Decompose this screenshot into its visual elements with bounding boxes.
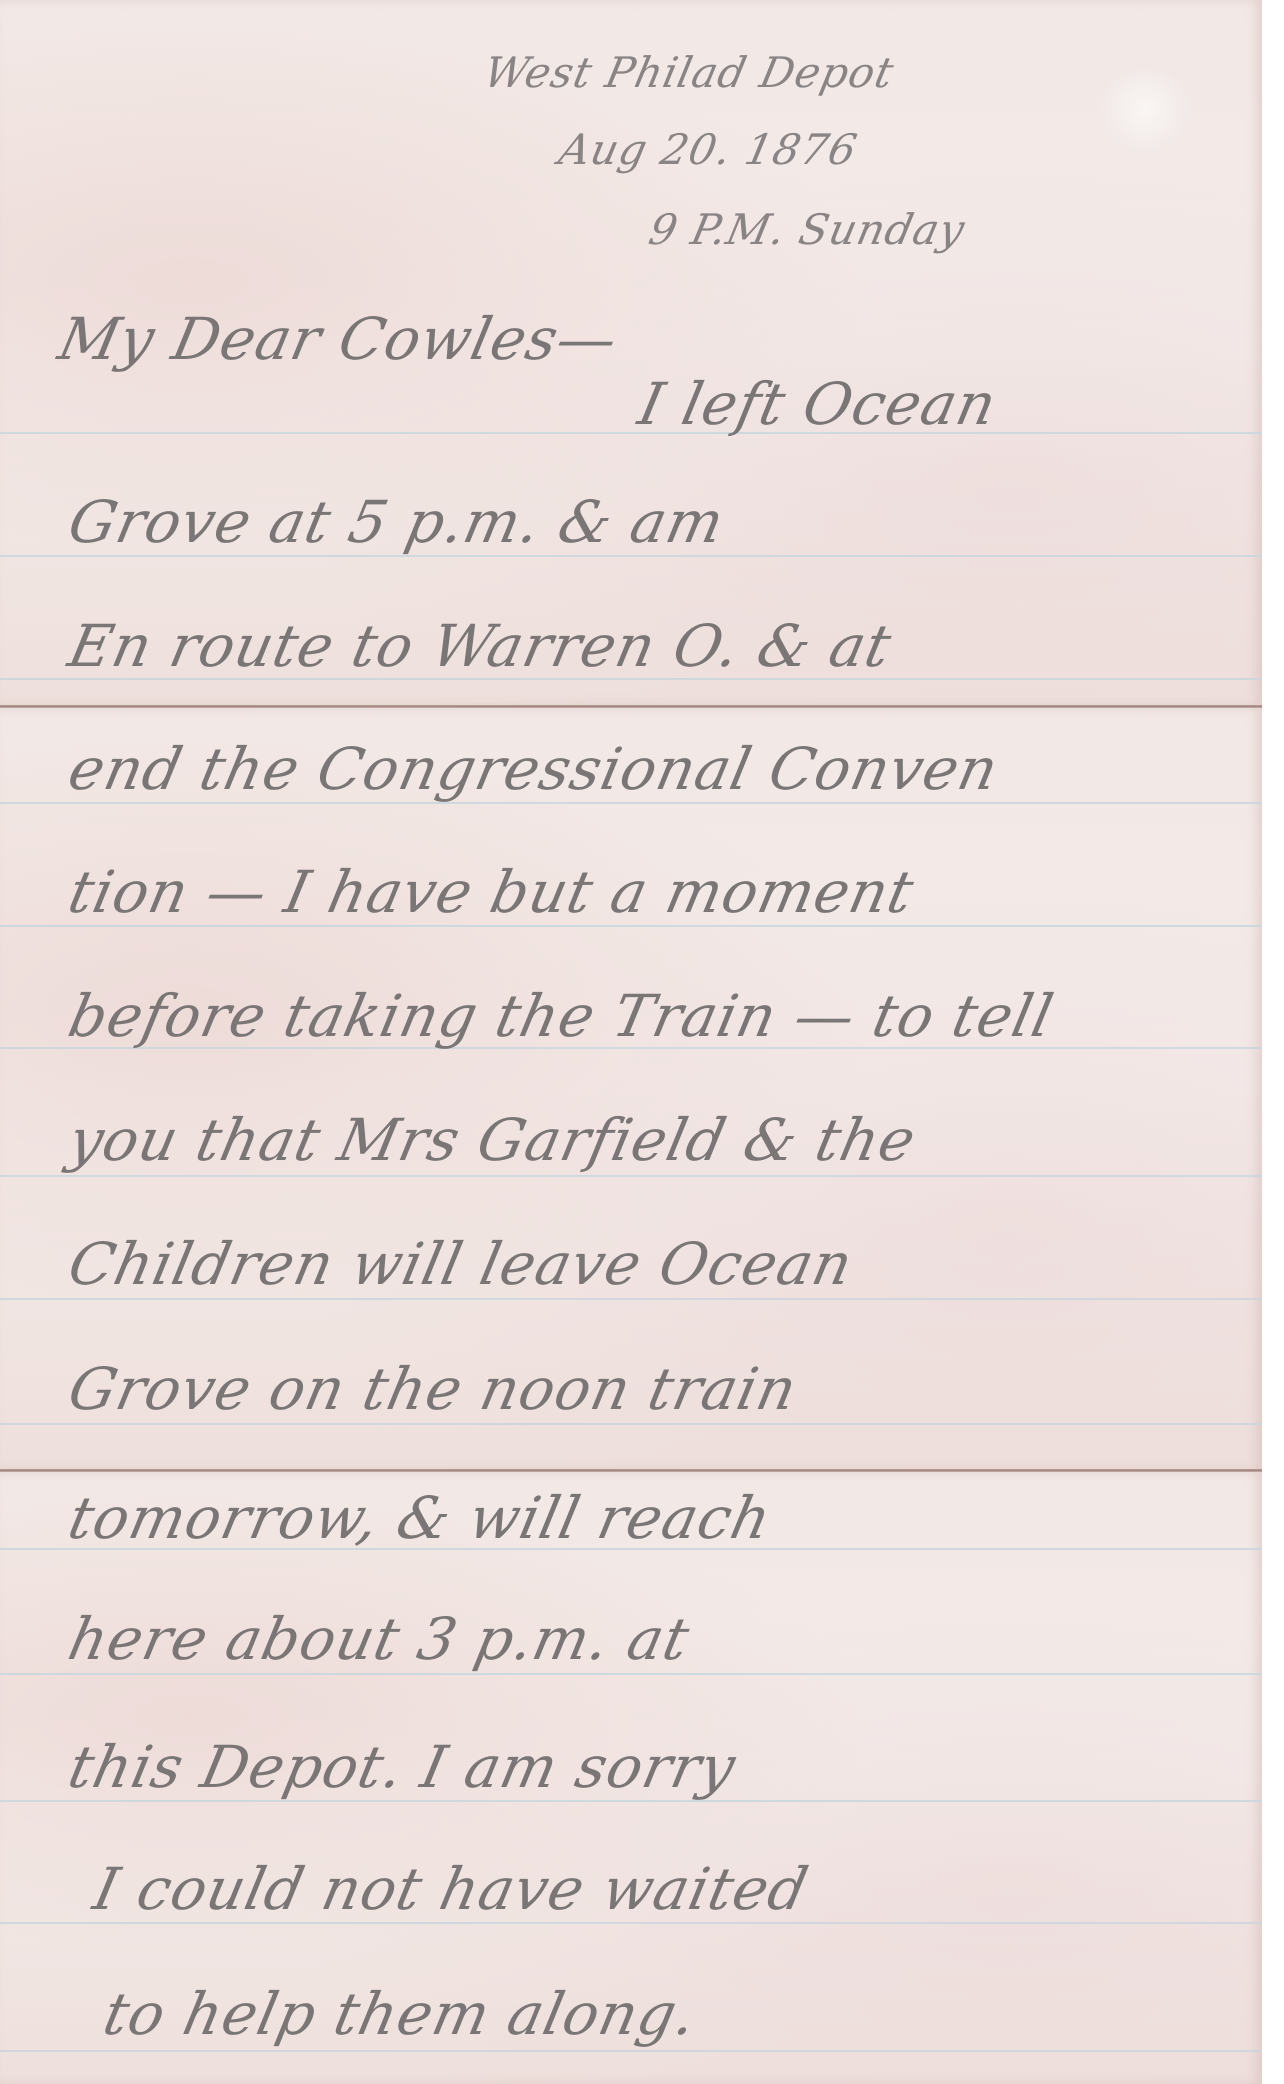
rule-line — [0, 1673, 1262, 1675]
heading-place: West Philad Depot — [480, 48, 899, 97]
rule-line — [0, 1423, 1262, 1425]
scan-background — [1262, 0, 1284, 2084]
body-line: here about 3 p.m. at — [63, 1605, 696, 1673]
rule-line — [0, 432, 1262, 434]
body-line: this Depot. I am sorry — [63, 1733, 742, 1801]
body-line: En route to Warren O. & at — [63, 612, 898, 680]
embossed-seal — [1100, 70, 1190, 150]
salutation: My Dear Cowles— — [53, 305, 624, 373]
rule-line — [0, 1298, 1262, 1300]
body-line: tomorrow, & will reach — [63, 1484, 778, 1552]
letter-page: West Philad Depot Aug 20. 1876 9 P.M. Su… — [0, 0, 1284, 2084]
heading-time: 9 P.M. Sunday — [645, 205, 970, 254]
body-line: Grove at 5 p.m. & am — [63, 488, 731, 556]
body-line: you that Mrs Garfield & the — [63, 1106, 922, 1174]
heading-date: Aug 20. 1876 — [555, 125, 862, 174]
body-line: before taking the Train — to tell — [63, 982, 1060, 1050]
rule-line — [0, 2050, 1262, 2052]
body-line: I left Ocean — [633, 370, 1003, 438]
body-line: Grove on the noon train — [63, 1355, 804, 1423]
body-line: end the Congressional Conven — [63, 735, 1005, 803]
body-line: tion — I have but a moment — [63, 858, 920, 926]
body-line: I could not have waited — [88, 1855, 815, 1923]
body-line: to help them along. — [98, 1980, 703, 2048]
fold-crease — [0, 1469, 1262, 1472]
body-line: Children will leave Ocean — [63, 1230, 859, 1298]
fold-crease — [0, 705, 1262, 708]
rule-line — [0, 1175, 1262, 1177]
